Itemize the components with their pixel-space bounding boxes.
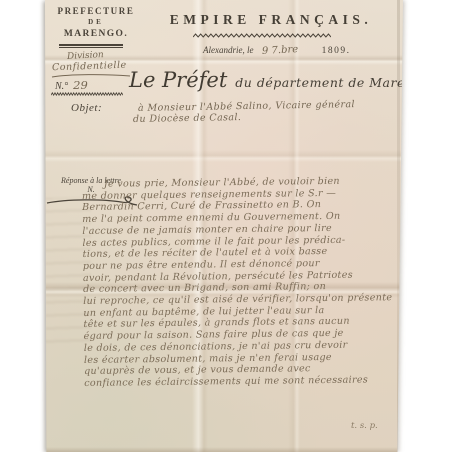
salutation-lead: Le Préfet xyxy=(129,68,227,92)
addressee-line-1: à Monsieur l'Abbé Salino, Vicaire généra… xyxy=(138,99,355,114)
zigzag-rule-title xyxy=(193,33,331,38)
dateline: Alexandrie, le 9 7.bre 1809. xyxy=(203,45,351,56)
fold-crease-horizontal-upper xyxy=(45,150,403,162)
turn-page-note: t. s. p. xyxy=(351,421,378,431)
addressee-line-2: du Diocèse de Casal. xyxy=(133,112,241,125)
prefect-salutation: Le Préfet du département de Marengo, xyxy=(129,68,434,92)
letterhead-double-rule xyxy=(59,44,123,48)
paper-shadow: PREFECTURE DE MARENGO. Division Confiden… xyxy=(45,0,403,452)
prefecture-de: DE xyxy=(53,18,139,26)
prefecture-letterhead: PREFECTURE DE MARENGO. xyxy=(53,6,139,39)
prefecture-line: PREFECTURE xyxy=(53,6,139,16)
salutation-rest: du département de Marengo, xyxy=(235,75,434,90)
letter-body: Je vous prie, Monsieur l'Abbé, de vouloi… xyxy=(82,175,407,390)
number-value: 29 xyxy=(73,78,88,92)
prefecture-marengo: MARENGO. xyxy=(53,29,139,39)
dispatch-number: N.°29 xyxy=(55,78,88,92)
zigzag-rule-sidebar xyxy=(51,92,123,96)
dateline-place: Alexandrie, le xyxy=(203,45,253,55)
empire-title: EMPIRE FRANÇAIS. xyxy=(145,12,397,28)
dateline-written-date: 9 7.bre xyxy=(262,44,299,57)
number-label: N.° xyxy=(55,81,68,92)
letter-paper: PREFECTURE DE MARENGO. Division Confiden… xyxy=(45,0,403,452)
paper-bottom-edge xyxy=(45,447,403,452)
dateline-year: 1809. xyxy=(322,46,351,56)
objet-label: Objet: xyxy=(71,102,102,114)
scanned-letter-page: PREFECTURE DE MARENGO. Division Confiden… xyxy=(0,0,452,452)
